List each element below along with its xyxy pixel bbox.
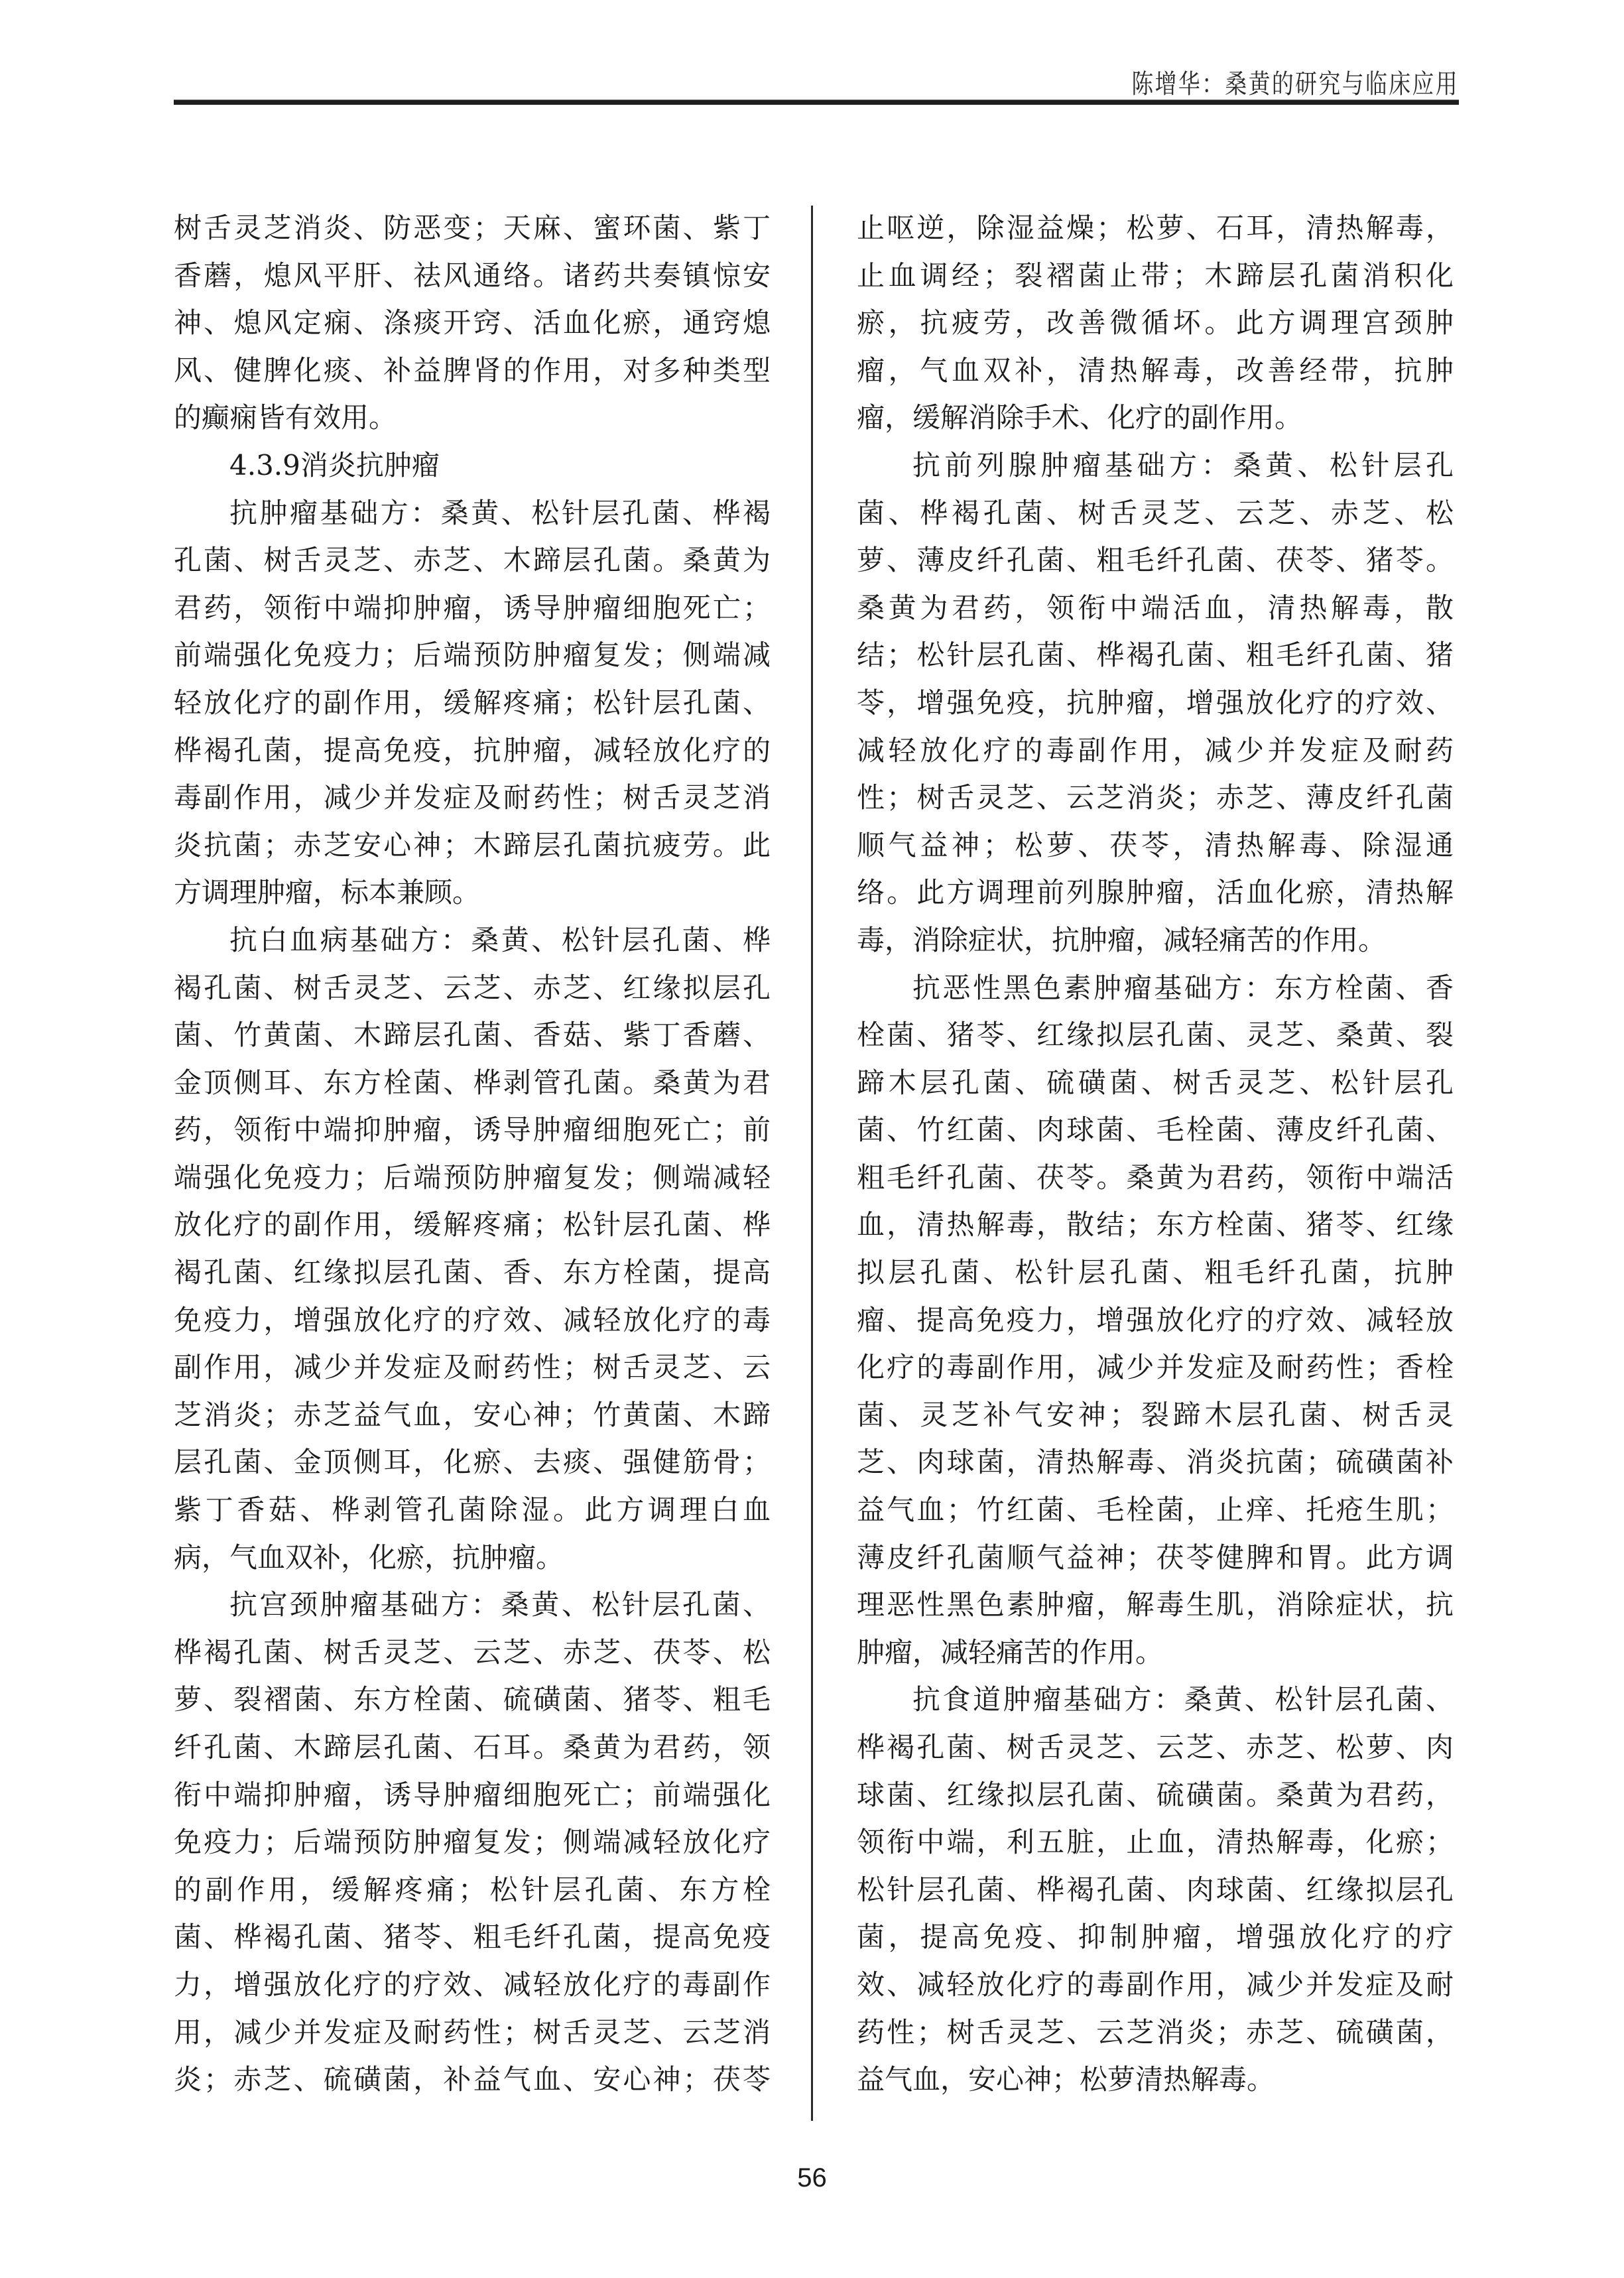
text-line: 炎；赤芝、硫磺菌，补益气血、安心神；茯苓	[174, 2056, 771, 2104]
text-line: 前端强化免疫力；后端预防肿瘤复发；侧端减	[174, 631, 771, 679]
text-line: 领衔中端，利五脏，止血，清热解毒，化瘀；	[857, 1818, 1454, 1866]
text-line: 球菌、红缘拟层孔菌、硫磺菌。桑黄为君药，	[857, 1771, 1454, 1819]
text-line: 炎抗菌；赤芝安心神；木蹄层孔菌抗疲劳。此	[174, 822, 771, 869]
text-line: 抗恶性黑色素肿瘤基础方：东方栓菌、香	[857, 964, 1454, 1012]
text-line: 神、熄风定痫、涤痰开窍、活血化瘀，通窍熄	[174, 299, 771, 347]
text-line: 紫丁香菇、桦剥管孔菌除湿。此方调理白血	[174, 1486, 771, 1534]
text-line: 君药，领衔中端抑肿瘤，诱导肿瘤细胞死亡；	[174, 584, 771, 632]
text-line: 菌、竹黄菌、木蹄层孔菌、香菇、紫丁香蘑、	[174, 1011, 771, 1059]
text-line: 毒，消除症状，抗肿瘤，减轻痛苦的作用。	[857, 917, 1454, 964]
text-line: 金顶侧耳、东方栓菌、桦剥管孔菌。桑黄为君	[174, 1059, 771, 1107]
text-line: 菌、桦褐孔菌、树舌灵芝、云芝、赤芝、松	[857, 489, 1454, 537]
text-line: 菌、竹红菌、肉球菌、毛栓菌、薄皮纤孔菌、	[857, 1106, 1454, 1154]
text-line: 褐孔菌、树舌灵芝、云芝、赤芝、红缘拟层孔	[174, 964, 771, 1012]
text-line: 瘤，缓解消除手术、化疗的副作用。	[857, 394, 1454, 442]
text-line: 树舌灵芝消炎、防恶变；天麻、蜜环菌、紫丁	[174, 204, 771, 252]
text-line: 放化疗的副作用，缓解疼痛；松针层孔菌、桦	[174, 1201, 771, 1249]
text-line: 粗毛纤孔菌、茯苓。桑黄为君药，领衔中端活	[857, 1154, 1454, 1202]
text-line: 桦褐孔菌、树舌灵芝、云芝、赤芝、茯苓、松	[174, 1629, 771, 1677]
text-line: 抗前列腺肿瘤基础方：桑黄、松针层孔	[857, 442, 1454, 489]
text-line: 的癫痫皆有效用。	[174, 394, 771, 442]
text-line: 免疫力；后端预防肿瘤复发；侧端减轻放化疗	[174, 1818, 771, 1866]
text-line: 的副作用，缓解疼痛；松针层孔菌、东方栓	[174, 1866, 771, 1914]
text-line: 血，清热解毒，散结；东方栓菌、猪苓、红缘	[857, 1201, 1454, 1249]
text-line: 抗食道肿瘤基础方：桑黄、松针层孔菌、	[857, 1676, 1454, 1724]
text-line: 苓，增强免疫，抗肿瘤，增强放化疗的疗效、	[857, 679, 1454, 727]
text-line: 毒副作用，减少并发症及耐药性；树舌灵芝消	[174, 774, 771, 822]
text-line: 拟层孔菌、松针层孔菌、粗毛纤孔菌，抗肿	[857, 1249, 1454, 1297]
text-line: 化疗的毒副作用，减少并发症及耐药性；香栓	[857, 1344, 1454, 1391]
text-line: 抗肿瘤基础方：桑黄、松针层孔菌、桦褐	[174, 489, 771, 537]
text-line: 萝、薄皮纤孔菌、粗毛纤孔菌、茯苓、猪苓。	[857, 537, 1454, 584]
text-line: 性；树舌灵芝、云芝消炎；赤芝、薄皮纤孔菌	[857, 774, 1454, 822]
text-line: 免疫力，增强放化疗的疗效、减轻放化疗的毒	[174, 1297, 771, 1344]
text-line: 菌、桦褐孔菌、猪苓、粗毛纤孔菌，提高免疫	[174, 1913, 771, 1961]
text-line: 轻放化疗的副作用，缓解疼痛；松针层孔菌、	[174, 679, 771, 727]
text-line: 用，减少并发症及耐药性；树舌灵芝、云芝消	[174, 2009, 771, 2057]
text-line: 药，领衔中端抑肿瘤，诱导肿瘤细胞死亡；前	[174, 1106, 771, 1154]
text-line: 风、健脾化痰、补益脾肾的作用，对多种类型	[174, 347, 771, 395]
text-line: 力，增强放化疗的疗效、减轻放化疗的毒副作	[174, 1961, 771, 2009]
text-line: 桦褐孔菌，提高免疫，抗肿瘤，减轻放化疗的	[174, 727, 771, 775]
text-line: 孔菌、树舌灵芝、赤芝、木蹄层孔菌。桑黄为	[174, 537, 771, 584]
text-line: 芝、肉球菌，清热解毒、消炎抗菌；硫磺菌补	[857, 1438, 1454, 1486]
text-line: 理恶性黑色素肿瘤，解毒生肌，消除症状，抗	[857, 1581, 1454, 1629]
right-column: 止呕逆，除湿益燥；松萝、石耳，清热解毒，止血调经；裂褶菌止带；木蹄层孔菌消积化瘀…	[857, 204, 1454, 2104]
text-line: 褐孔菌、红缘拟层孔菌、香、东方栓菌，提高	[174, 1249, 771, 1297]
text-line: 效、减轻放化疗的毒副作用，减少并发症及耐	[857, 1961, 1454, 2009]
text-line: 抗宫颈肿瘤基础方：桑黄、松针层孔菌、	[174, 1581, 771, 1629]
text-line: 菌，提高免疫、抑制肿瘤，增强放化疗的疗	[857, 1913, 1454, 1961]
text-line: 萝、裂褶菌、东方栓菌、硫磺菌、猪苓、粗毛	[174, 1676, 771, 1724]
text-line: 瘀，抗疲劳，改善微循坏。此方调理宫颈肿	[857, 299, 1454, 347]
text-line: 香蘑，熄风平肝、祛风通络。诸药共奏镇惊安	[174, 252, 771, 300]
text-line: 薄皮纤孔菌顺气益神；茯苓健脾和胃。此方调	[857, 1534, 1454, 1582]
text-line: 益气血，安心神；松萝清热解毒。	[857, 2056, 1454, 2104]
text-line: 端强化免疫力；后端预防肿瘤复发；侧端减轻	[174, 1154, 771, 1202]
text-line: 络。此方调理前列腺肿瘤，活血化瘀，清热解	[857, 869, 1454, 917]
text-line: 肿瘤，减轻痛苦的作用。	[857, 1629, 1454, 1677]
left-column: 树舌灵芝消炎、防恶变；天麻、蜜环菌、紫丁香蘑，熄风平肝、祛风通络。诸药共奏镇惊安…	[174, 204, 771, 2104]
text-line: 蹄木层孔菌、硫磺菌、树舌灵芝、松针层孔	[857, 1059, 1454, 1107]
text-line: 顺气益神；松萝、茯苓，清热解毒、除湿通	[857, 822, 1454, 869]
text-line: 桦褐孔菌、树舌灵芝、云芝、赤芝、松萝、肉	[857, 1724, 1454, 1771]
text-line: 药性；树舌灵芝、云芝消炎；赤芝、硫磺菌，	[857, 2009, 1454, 2057]
text-line: 层孔菌、金顶侧耳，化瘀、去痰、强健筋骨；	[174, 1438, 771, 1486]
text-line: 副作用，减少并发症及耐药性；树舌灵芝、云	[174, 1344, 771, 1391]
page-number: 56	[0, 2163, 1624, 2193]
running-header-title: 陈增华：桑黄的研究与临床应用	[263, 63, 1459, 101]
column-divider	[811, 206, 813, 2121]
text-line: 抗白血病基础方：桑黄、松针层孔菌、桦	[174, 917, 771, 964]
text-line: 桑黄为君药，领衔中端活血，清热解毒，散	[857, 584, 1454, 632]
text-line: 瘤，气血双补，清热解毒，改善经带，抗肿	[857, 347, 1454, 395]
text-line: 芝消炎；赤芝益气血，安心神；竹黄菌、木蹄	[174, 1391, 771, 1439]
text-line: 病，气血双补，化瘀，抗肿瘤。	[174, 1534, 771, 1582]
text-line: 止血调经；裂褶菌止带；木蹄层孔菌消积化	[857, 252, 1454, 300]
text-line: 减轻放化疗的毒副作用，减少并发症及耐药	[857, 727, 1454, 775]
text-line: 衔中端抑肿瘤，诱导肿瘤细胞死亡；前端强化	[174, 1771, 771, 1819]
text-line: 纤孔菌、木蹄层孔菌、石耳。桑黄为君药，领	[174, 1724, 771, 1771]
text-line: 菌、灵芝补气安神；裂蹄木层孔菌、树舌灵	[857, 1391, 1454, 1439]
text-line: 益气血；竹红菌、毛栓菌，止痒、托疮生肌；	[857, 1486, 1454, 1534]
text-line: 方调理肿瘤，标本兼顾。	[174, 869, 771, 917]
text-line: 瘤、提高免疫力，增强放化疗的疗效、减轻放	[857, 1297, 1454, 1344]
section-heading: 4.3.9消炎抗肿瘤	[174, 442, 771, 489]
text-line: 结；松针层孔菌、桦褐孔菌、粗毛纤孔菌、猪	[857, 631, 1454, 679]
header-rule	[174, 99, 1459, 105]
text-line: 松针层孔菌、桦褐孔菌、肉球菌、红缘拟层孔	[857, 1866, 1454, 1914]
text-line: 止呕逆，除湿益燥；松萝、石耳，清热解毒，	[857, 204, 1454, 252]
text-line: 栓菌、猪苓、红缘拟层孔菌、灵芝、桑黄、裂	[857, 1011, 1454, 1059]
